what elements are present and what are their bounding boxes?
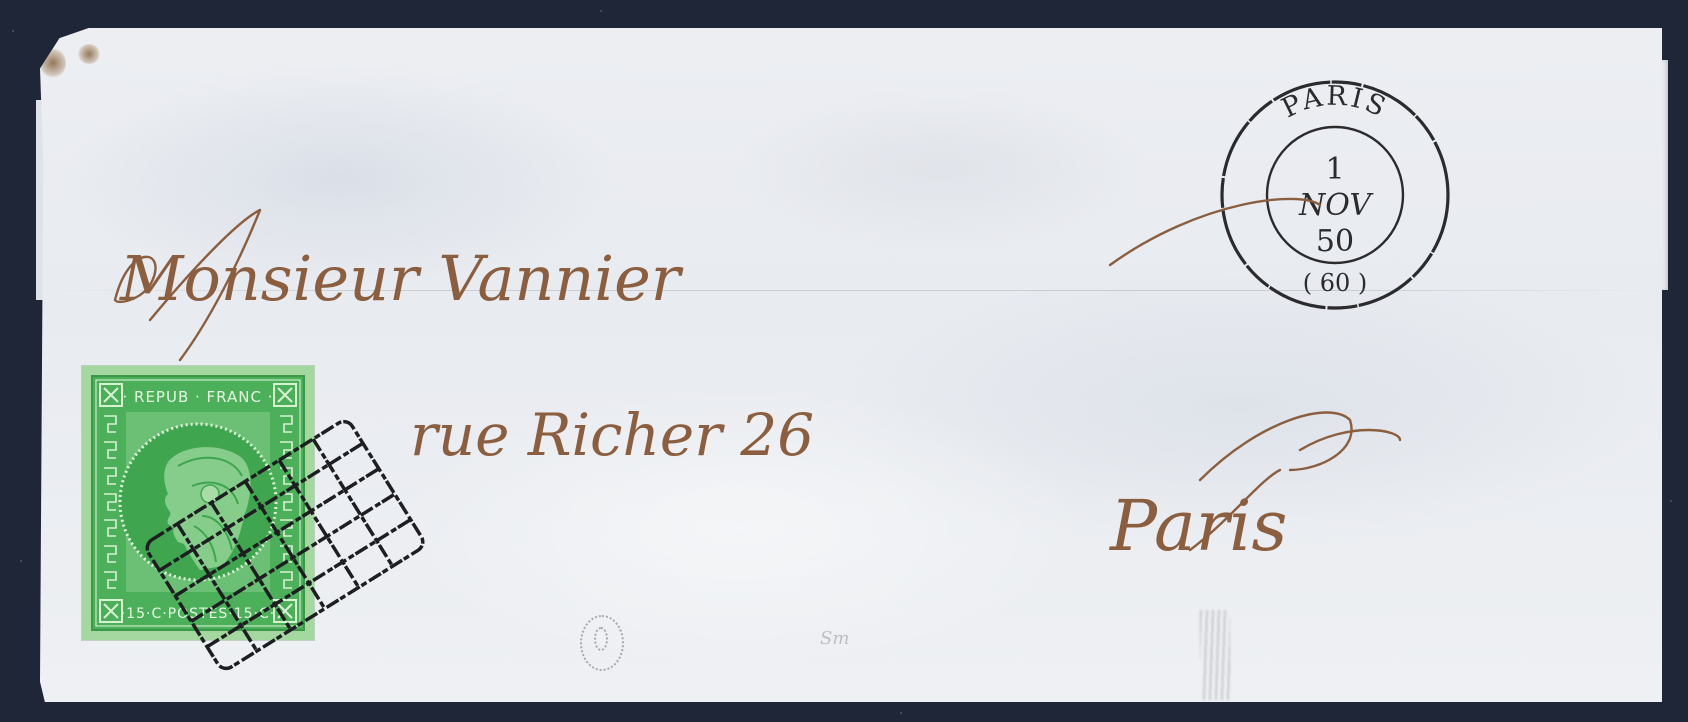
postmark-day: 1 bbox=[1325, 152, 1344, 187]
postmark-city: PARIS bbox=[1277, 81, 1393, 125]
postmark-month: NOV bbox=[1298, 188, 1374, 223]
pencil-note: Sm bbox=[820, 628, 849, 649]
paris-postmark: PARIS 1 NOV 50 ( 60 ) bbox=[1215, 75, 1455, 315]
speck bbox=[900, 712, 902, 714]
speck bbox=[600, 10, 602, 12]
postmark-year: 50 bbox=[1316, 224, 1354, 259]
svg-text:PARIS: PARIS bbox=[1277, 81, 1393, 125]
speck bbox=[20, 560, 22, 562]
foxing-stain bbox=[40, 48, 66, 78]
pencil-circled-mark bbox=[580, 615, 624, 671]
speck bbox=[1670, 500, 1672, 502]
stamp-top-label: · REPUB · FRANC · bbox=[123, 388, 274, 406]
smudge bbox=[1200, 610, 1230, 700]
postmark-office: ( 60 ) bbox=[1303, 269, 1368, 297]
speck bbox=[12, 30, 14, 32]
foxing-stain bbox=[78, 44, 100, 64]
grid-cancellation bbox=[125, 430, 445, 660]
